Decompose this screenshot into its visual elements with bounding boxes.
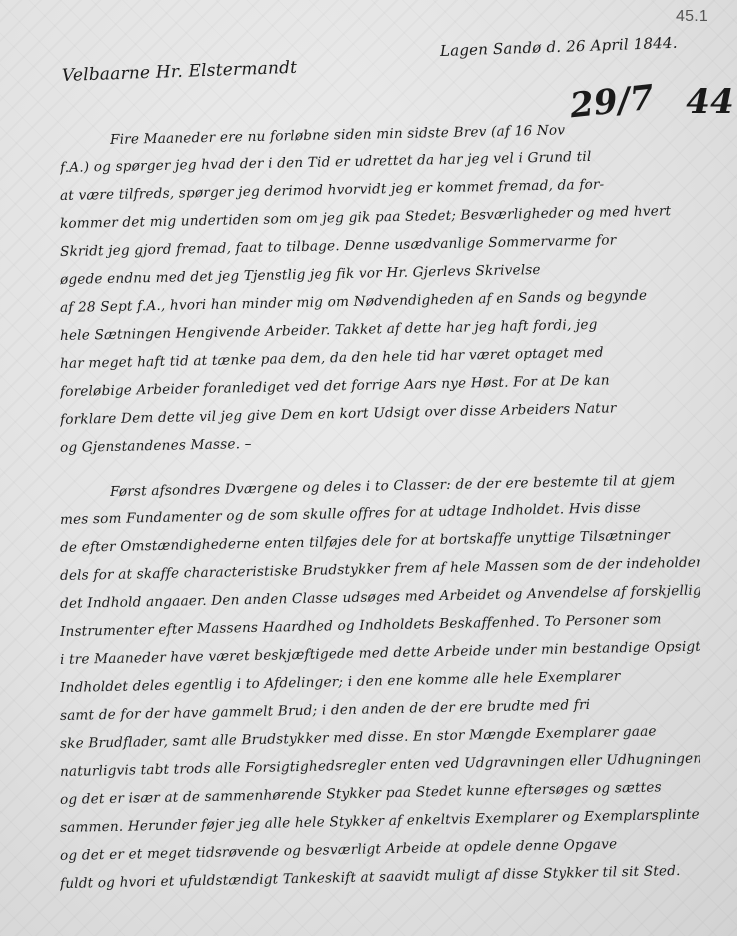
- letter-line: og det er især at de sammenhørende Stykk…: [60, 779, 700, 808]
- file-number: 29/7 44: [570, 82, 734, 122]
- letter-line: af 28 Sept f.A., hvori han minder mig om…: [60, 287, 700, 316]
- file-number-main: 44: [686, 82, 734, 122]
- letter-line: ske Brudflader, samt alle Brudstykker me…: [60, 723, 700, 752]
- dateline: Lagen Sandø d. 26 April 1844.: [440, 34, 678, 60]
- letter-line: forklare Dem dette vil jeg give Dem en k…: [60, 399, 700, 428]
- letter-line: dels for at skaffe characteristiske Brud…: [60, 555, 700, 584]
- manuscript-page: 45.1 Lagen Sandø d. 26 April 1844. Velba…: [0, 0, 737, 936]
- letter-line: foreløbige Arbeider foranlediget ved det…: [60, 371, 700, 400]
- letter-line: Fire Maaneder ere nu forløbne siden min …: [110, 120, 700, 148]
- letter-line: mes som Fundamenter og de som skulle off…: [60, 499, 700, 528]
- file-number-fraction: 29/7: [568, 78, 656, 127]
- letter-line: de efter Omstændighederne enten tilføjes…: [60, 527, 700, 556]
- archive-number: 45.1: [676, 8, 708, 26]
- letter-line: i tre Maaneder have været beskjæftigede …: [60, 639, 700, 668]
- letter-line: og Gjenstandenes Masse. –: [60, 427, 700, 456]
- salutation: Velbaarne Hr. Elstermandt: [62, 58, 298, 86]
- letter-line: Instrumenter efter Massens Haardhed og I…: [60, 611, 700, 640]
- letter-line: øgede endnu med det jeg Tjenstlig jeg fi…: [60, 259, 700, 288]
- letter-line: og det er et meget tidsrøvende og besvær…: [60, 835, 700, 864]
- letter-line: hele Sætningen Hengivende Arbeider. Takk…: [60, 315, 700, 344]
- letter-line: Indholdet deles egentlig i to Afdelinger…: [60, 667, 700, 696]
- letter-line: det Indhold angaaer. Den anden Classe ud…: [60, 583, 700, 612]
- letter-line: har meget haft tid at tænke paa dem, da …: [60, 343, 700, 372]
- letter-line: naturligvis tabt trods alle Forsigtighed…: [60, 751, 700, 780]
- letter-line: fuldt og hvori et ufuldstændigt Tankeski…: [60, 863, 700, 892]
- letter-line: at være tilfreds, spørger jeg derimod hv…: [60, 175, 700, 204]
- letter-line: f.A.) og spørger jeg hvad der i den Tid …: [60, 147, 700, 176]
- letter-line: Først afsondres Dværgene og deles i to C…: [110, 472, 700, 500]
- letter-line: samt de for der have gammelt Brud; i den…: [60, 695, 700, 724]
- letter-line: kommer det mig undertiden som om jeg gik…: [60, 203, 700, 232]
- letter-line: sammen. Herunder føjer jeg alle hele Sty…: [60, 807, 700, 836]
- letter-line: Skridt jeg gjord fremad, faat to tilbage…: [60, 231, 700, 260]
